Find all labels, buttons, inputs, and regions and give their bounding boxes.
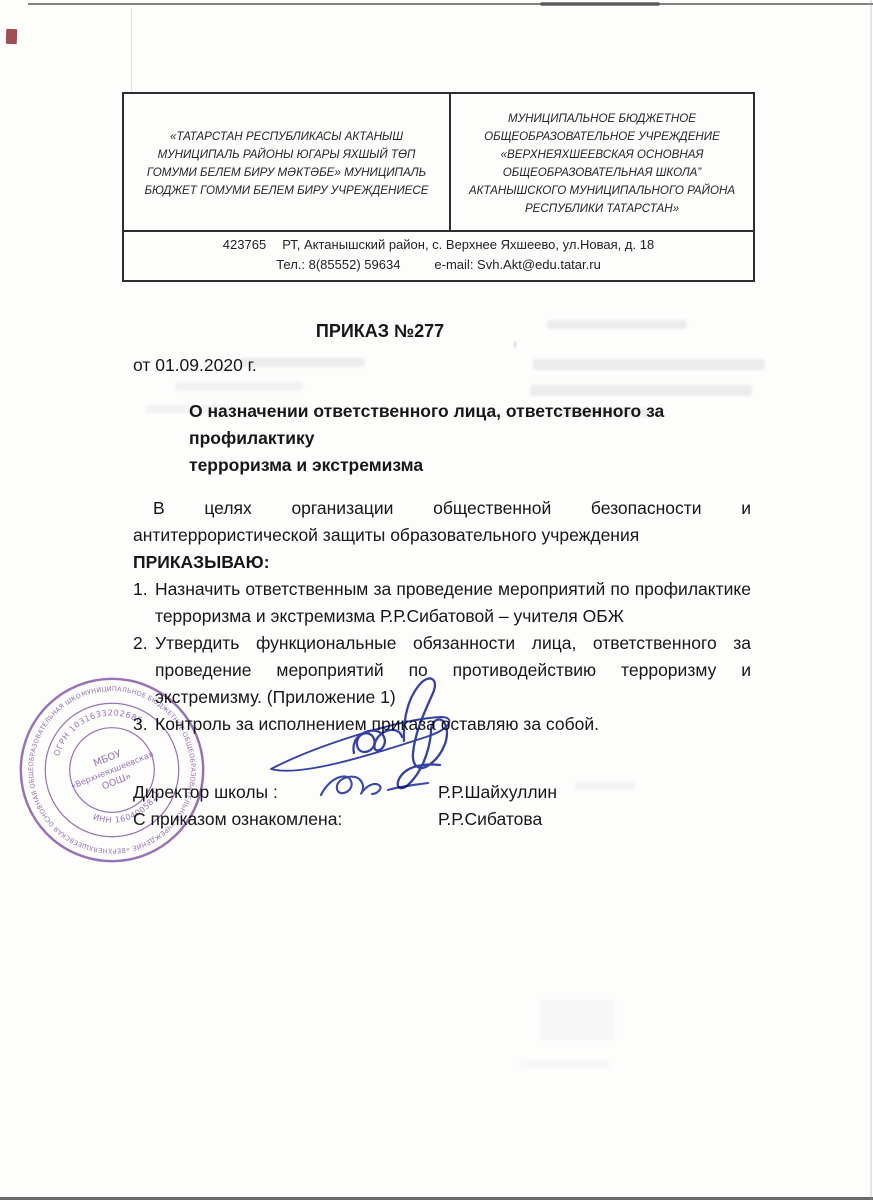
scanned-order-document: «ТАТАРСТАН РЕСПУБЛИКАСЫ АКТАНЫШ МУНИЦИПА… (0, 0, 873, 1200)
director-signature-row: Директор школы : Р.Р.Шайхуллин (133, 779, 751, 806)
letterhead-tatar-name: «ТАТАРСТАН РЕСПУБЛИКАСЫ АКТАНЫШ МУНИЦИПА… (124, 94, 451, 230)
stamp-ogrn-text: ОГРН 1031633202686 (42, 693, 147, 760)
street-address: РТ, Актанышский район, с. Верхнее Яхшеев… (282, 237, 654, 252)
scan-edge-top-dark (540, 2, 660, 6)
order-item-1: 1. Назначить ответственным за проведение… (133, 576, 751, 630)
item-text: Утвердить функциональные обязанности лиц… (155, 630, 751, 711)
order-preamble: В целях организации общественной безопас… (133, 495, 751, 549)
bleedthrough-artifact (520, 1060, 610, 1069)
scan-edge-right (870, 0, 872, 1200)
postal-code: 423765 (223, 237, 266, 252)
email-address: e-mail: Svh.Akt@edu.tatar.ru (434, 257, 600, 272)
svg-text:ОГРН 1031633202686: ОГРН 1031633202686 (42, 693, 147, 760)
order-item-2: 2. Утвердить функциональные обязанности … (133, 630, 751, 711)
acknowledged-label: С приказом ознакомлена: (133, 806, 438, 833)
signature-block: Директор школы : Р.Р.Шайхуллин С приказо… (133, 779, 751, 833)
contact-line: Тел.: 8(85552) 59634e-mail: Svh.Akt@edu.… (124, 255, 753, 275)
order-title: ПРИКАЗ №277 (133, 318, 627, 345)
order-item-3: 3. Контроль за исполнением приказа остав… (133, 711, 751, 738)
letterhead-tatar-text: «ТАТАРСТАН РЕСПУБЛИКАСЫ АКТАНЫШ МУНИЦИПА… (134, 128, 439, 200)
director-name: Р.Р.Шайхуллин (438, 779, 751, 806)
item-text: Назначить ответственным за проведение ме… (155, 576, 751, 630)
stamp-center-line3: ООШ» (100, 771, 133, 793)
acknowledged-name: Р.Р.Сибатова (438, 806, 751, 833)
stamp-center-line1: МБОУ (92, 748, 123, 769)
item-number: 2. (133, 630, 155, 711)
order-subject-line1: О назначении ответственного лица, ответс… (189, 398, 751, 452)
fold-line (131, 8, 132, 92)
acknowledged-signature-row: С приказом ознакомлена: Р.Р.Сибатова (133, 806, 751, 833)
item-text: Контроль за исполнением приказа оставляю… (155, 711, 751, 738)
address-line: 423765РТ, Актанышский район, с. Верхнее … (124, 235, 753, 255)
phone-number: Тел.: 8(85552) 59634 (276, 257, 400, 272)
bleedthrough-artifact (540, 1000, 615, 1040)
letterhead-address-block: 423765РТ, Актанышский район, с. Верхнее … (124, 230, 753, 280)
letterhead-table: «ТАТАРСТАН РЕСПУБЛИКАСЫ АКТАНЫШ МУНИЦИПА… (122, 92, 755, 282)
order-subject-line2: терроризма и экстремизма (189, 452, 751, 479)
scan-edge-top (28, 3, 873, 5)
director-label: Директор школы : (133, 779, 438, 806)
order-body: ПРИКАЗ №277 от 01.09.2020 г. О назначени… (133, 318, 751, 833)
order-subject: О назначении ответственного лица, ответс… (189, 398, 751, 479)
red-ink-mark (6, 29, 18, 44)
order-date: от 01.09.2020 г. (133, 352, 751, 379)
letterhead-russian-name: МУНИЦИПАЛЬНОЕ БЮДЖЕТНОЕ ОБЩЕОБРАЗОВАТЕЛЬ… (451, 94, 753, 230)
item-number: 3. (133, 711, 155, 738)
letterhead-russian-text: МУНИЦИПАЛЬНОЕ БЮДЖЕТНОЕ ОБЩЕОБРАЗОВАТЕЛЬ… (461, 110, 743, 218)
item-number: 1. (133, 576, 155, 630)
decree-word: ПРИКАЗЫВАЮ: (133, 549, 751, 576)
order-items: 1. Назначить ответственным за проведение… (133, 576, 751, 738)
